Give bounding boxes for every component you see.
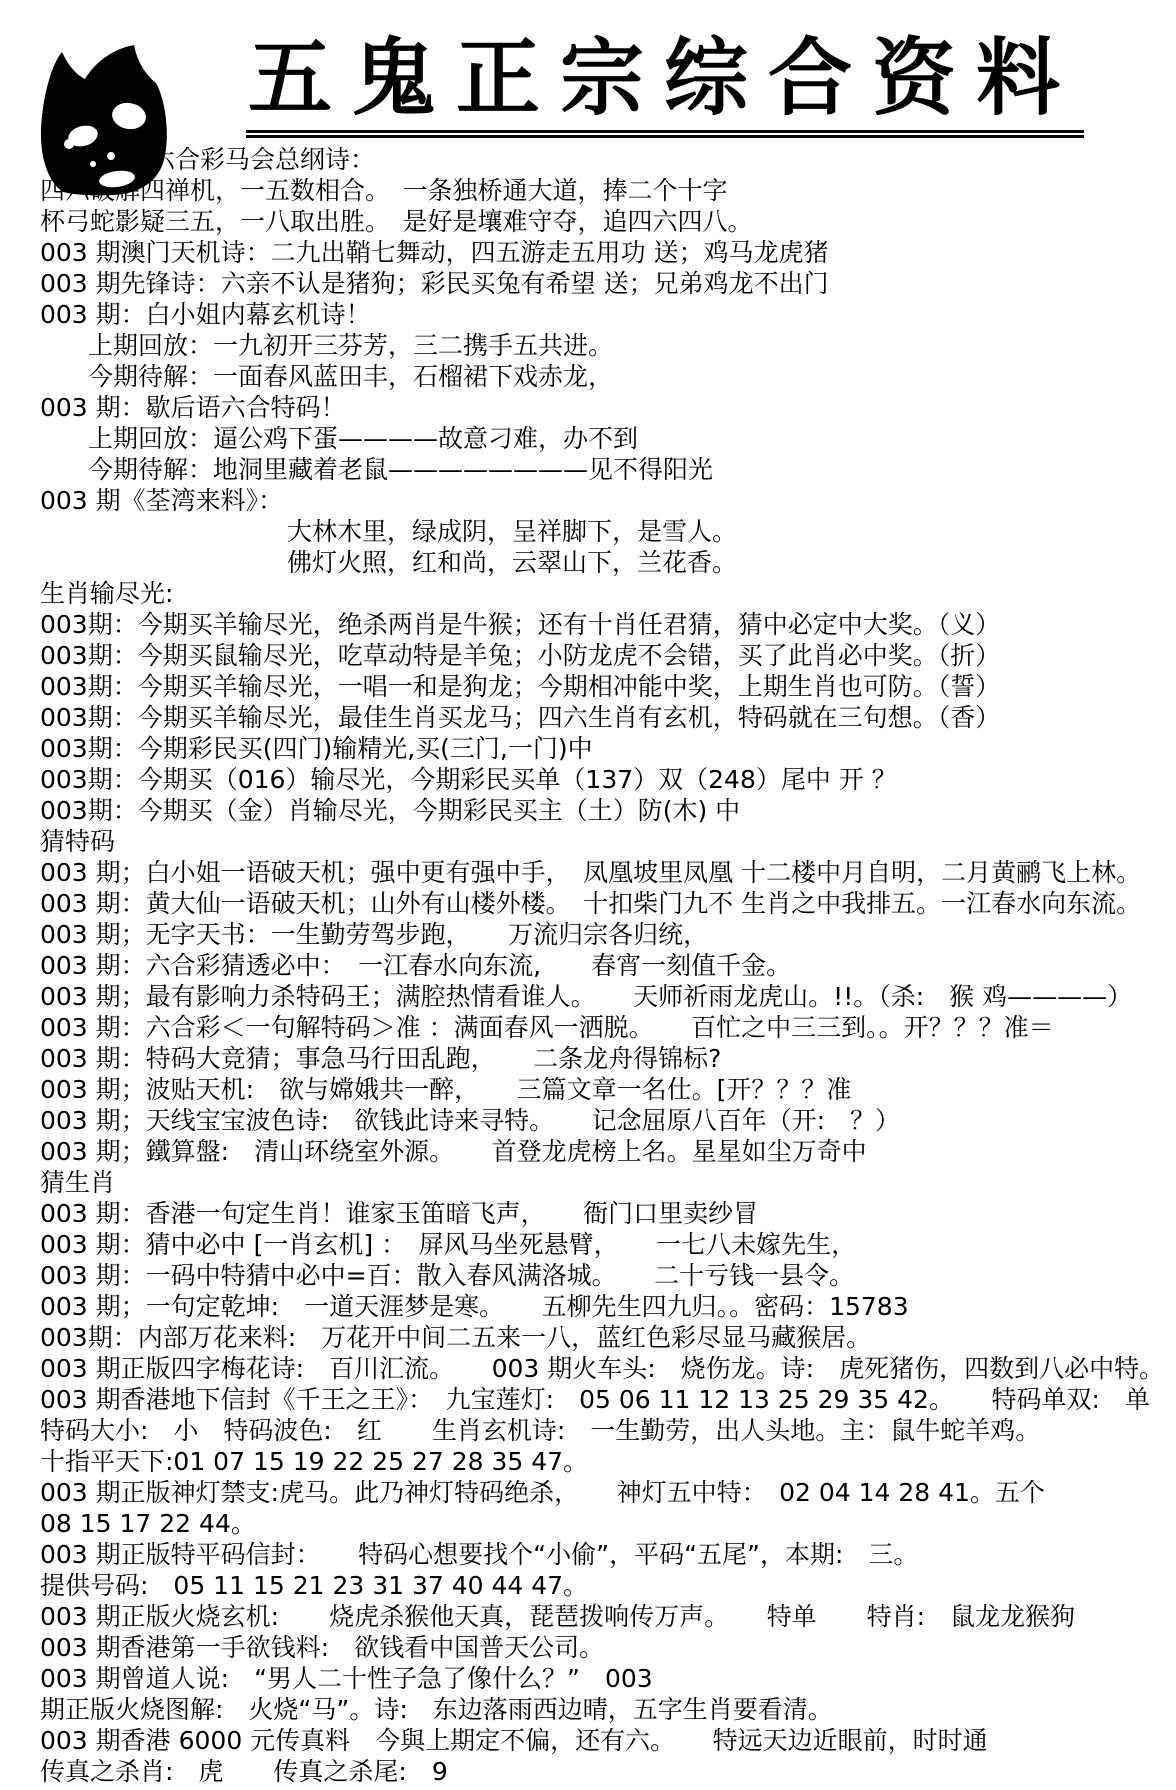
text-line: 003期：今期买（016）输尽光，今期彩民买单（137）双（248）尾中 开 ？: [0, 764, 1176, 795]
text-line: 特码大小: 小 特码波色: 红 生肖玄机诗: 一生勤劳，出人头地。主：鼠牛蛇羊鸡…: [0, 1415, 1176, 1446]
text-line: 003 期：歇后语六合特码！: [0, 392, 1176, 423]
text-line: 003 期；无字天书：一生勤劳驾步跑， 万流归宗各归统，: [0, 919, 1176, 950]
text-line: 003 期；一句定乾坤: 一道天涯梦是寒。 五柳先生四九归。。密码：15783: [0, 1291, 1176, 1322]
text-line: 003 期正版火烧玄机: 烧虎杀猴他天真，琵琶拨响传万声。 特单 特肖: 鼠龙龙…: [0, 1601, 1176, 1632]
text-line: 六合彩马会总纲诗：: [0, 144, 1176, 175]
text-line: 四六破解四禅机，一五数相合。 一条独桥通大道，捧二个十字: [0, 175, 1176, 206]
text-line: 003 期《荃湾来料》：: [0, 485, 1176, 516]
text-line: 上期回放：一九初开三芬芳，三二携手五共进。: [0, 330, 1176, 361]
text-line: 003 期先锋诗：六亲不认是猪狗；彩民买兔有希望 送；兄弟鸡龙不出门: [0, 268, 1176, 299]
text-line: 003 期香港 6000 元传真料 今與上期定不偏，还有六。 特远天边近眼前，时…: [0, 1725, 1176, 1756]
text-line: 003 期香港地下信封《千王之王》： 九宝莲灯: 05 06 11 12 13 …: [0, 1384, 1176, 1415]
text-line: 猜特码: [0, 826, 1176, 857]
text-line: 003 期正版特平码信封： 特码心想要找个“小偷”，平码“五尾”，本期: 三。: [0, 1539, 1176, 1570]
text-line: 003 期：一码中特猜中必中=百：散入春风满洛城。 二十亏钱一县令。: [0, 1260, 1176, 1291]
text-line: 003 期；波贴天机: 欲与嫦娥共一醉， 三篇文章一名仕。[开？？？准: [0, 1074, 1176, 1105]
text-line: 十指平天下:01 07 15 19 22 25 27 28 35 47。: [0, 1446, 1176, 1477]
text-line: 003期：今期买羊输尽光，一唱一和是狗龙；今期相冲能中奖，上期生肖也可防。（誓）: [0, 671, 1176, 702]
text-line: 传真之杀肖: 虎 传真之杀尾: 9: [0, 1756, 1176, 1787]
ghost-head-logo-icon: [33, 44, 173, 196]
text-line: 003 期香港第一手欲钱料: 欲钱看中国普天公司。: [0, 1632, 1176, 1663]
text-line: 003 期；白小姐一语破天机；强中更有强中手， 凤凰坡里凤凰 十二楼中月自明，二…: [0, 857, 1176, 888]
text-line: 003 期：六合彩猜透必中： 一江春水向东流, 春宵一刻值千金。: [0, 950, 1176, 981]
text-line: 大林木里，绿成阴，呈祥脚下，是雪人。: [0, 516, 1176, 547]
text-line: 08 15 17 22 44。: [0, 1508, 1176, 1539]
text-line: 003期：今期彩民买(四门)输精光,买(三门,一门)中: [0, 733, 1176, 764]
text-line: 003 期：猜中必中 [一肖玄机] ： 屏风马坐死悬臂， 一七八未嫁先生，: [0, 1229, 1176, 1260]
text-line: 猜生肖: [0, 1167, 1176, 1198]
text-line: 003期：今期买鼠输尽光，吃草动特是羊兔；小防龙虎不会错，买了此肖必中奖。（折）: [0, 640, 1176, 671]
text-lines: 六合彩马会总纲诗：四六破解四禅机，一五数相合。 一条独桥通大道，捧二个十字杯弓蛇…: [0, 142, 1176, 1787]
text-line: 003 期曾道人说: “男人二十性子急了像什么？” 003: [0, 1663, 1176, 1694]
text-line: 003 期：特码大竞猜；事急马行田乱跑， 二条龙舟得锦标?: [0, 1043, 1176, 1074]
text-line: 今期待解：地洞里藏着老鼠————————见不得阳光: [0, 454, 1176, 485]
text-line: 003 期：香港一句定生肖！谁家玉笛暗飞声， 衙门口里卖纱冒: [0, 1198, 1176, 1229]
text-line: 生肖输尽光:: [0, 578, 1176, 609]
text-line: 003 期：白小姐内幕玄机诗！: [0, 299, 1176, 330]
text-line: 003期：内部万花来料: 万花开中间二五来一八，蓝红色彩尽显马藏猴居。: [0, 1322, 1176, 1353]
text-line: 003 期：黄大仙一语破天机；山外有山楼外楼。 十扣柴门九不 生肖之中我排五。一…: [0, 888, 1176, 919]
text-line: 003 期；天线宝宝波色诗: 欲钱此诗来寻特。 记念屈原八百年（开: ？）: [0, 1105, 1176, 1136]
text-line: 上期回放：逼公鸡下蛋————故意刁难，办不到: [0, 423, 1176, 454]
text-line: 提供号码: 05 11 15 21 23 31 37 40 44 47。: [0, 1570, 1176, 1601]
text-line: 003 期正版四字梅花诗: 百川汇流。 003 期火车头: 烧伤龙。诗: 虎死猪…: [0, 1353, 1176, 1384]
text-line: 003 期；最有影响力杀特码王；满腔热情看谁人。 天师祈雨龙虎山。!!。（杀: …: [0, 981, 1176, 1012]
text-line: 003 期正版神灯禁支:虎马。此乃神灯特码绝杀， 神灯五中特： 02 04 14…: [0, 1477, 1176, 1508]
text-line: 003期：今期买（金）肖输尽光，今期彩民买主（土）防(木) 中: [0, 795, 1176, 826]
text-line: 003 期；鐵算盤: 清山环绕室外源。 首登龙虎榜上名。星星如尘万奇中: [0, 1136, 1176, 1167]
text-line: 003 期澳门天机诗：二九出鞘七舞动，四五游走五用功 送；鸡马龙虎猪: [0, 237, 1176, 268]
text-line: 003期：今期买羊输尽光，绝杀两肖是牛猴；还有十肖任君猜，猜中必定中大奖。（义）: [0, 609, 1176, 640]
text-line: 杯弓蛇影疑三五，一八取出胜。 是好是壤难守夺，追四六四八。: [0, 206, 1176, 237]
page-title: 五鬼正宗综合资料: [246, 38, 1084, 138]
text-line: 003 期：六合彩＜一句解特码＞准 ：满面春风一洒脱。 百忙之中三三到。。开？？…: [0, 1012, 1176, 1043]
page-header: 五鬼正宗综合资料: [0, 0, 1176, 142]
text-line: 今期待解：一面春风蓝田丰，石榴裙下戏赤龙，: [0, 361, 1176, 392]
text-line: 佛灯火照，红和尚，云翠山下，兰花香。: [0, 547, 1176, 578]
text-line: 003期：今期买羊输尽光，最佳生肖买龙马；四六生肖有玄机，特码就在三句想。（香）: [0, 702, 1176, 733]
text-line: 期正版火烧图解: 火烧“马”。诗: 东边落雨西边晴，五字生肖要看清。: [0, 1694, 1176, 1725]
